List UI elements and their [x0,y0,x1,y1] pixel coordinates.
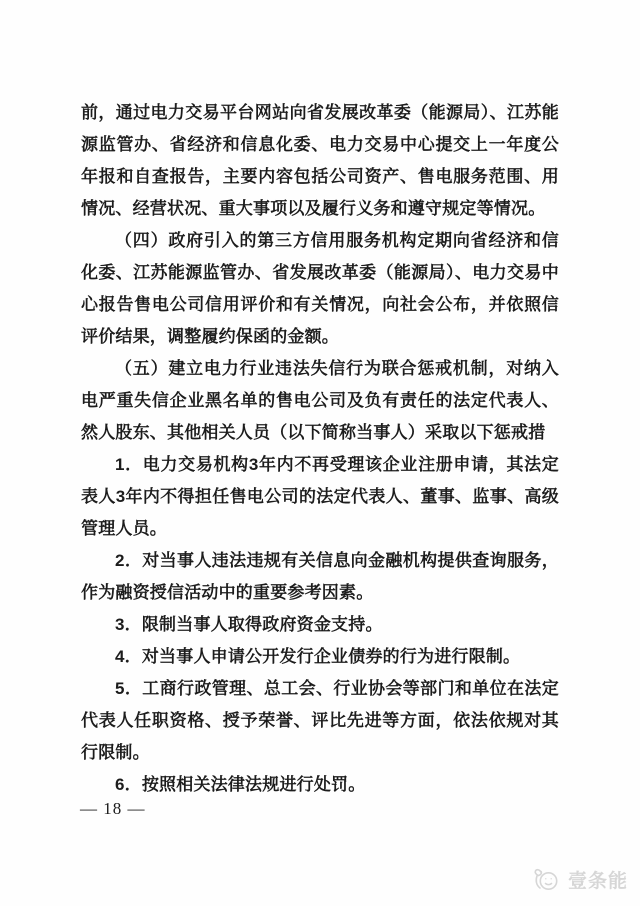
text-line: 情况、经营状况、重大事项以及履行义务和遵守规定等情况。 [81,193,559,225]
text-line: 3．限制当事人取得政府资金支持。 [81,609,559,641]
text-line: 管理人员。 [81,513,559,545]
text-line: 2．对当事人违法违规有关信息向金融机构提供查询服务， [81,545,559,577]
text-line: 作为融资授信活动中的重要参考因素。 [81,577,559,609]
text-line: 年报和自查报告，主要内容包括公司资产、售电服务范围、用户 [81,161,559,193]
text-line: 心报告售电公司信用评价和有关情况，向社会公布，并依照信用 [81,289,559,321]
text-line: 电严重失信企业黑名单的售电公司及负有责任的法定代表人、自 [81,385,559,417]
text-line: （五）建立电力行业违法失信行为联合惩戒机制，对纳入涉 [81,353,559,385]
text-line: 化委、江苏能源监管办、省发展改革委（能源局）、电力交易中 [81,257,559,289]
watermark: 壹条能 [531,864,628,894]
text-line: 然人股东、其他相关人员（以下简称当事人）采取以下惩戒措施： [81,417,559,449]
document-page: 前，通过电力交易平台网站向省发展改革委（能源局）、江苏能源监管办、省经济和信息化… [0,0,640,906]
text-line: 行限制。 [81,737,559,769]
document-text-body: 前，通过电力交易平台网站向省发展改革委（能源局）、江苏能源监管办、省经济和信息化… [81,97,559,801]
smiley-face-logo-icon [531,864,565,894]
page-number: — 18 — [80,799,146,819]
text-line: 源监管办、省经济和信息化委、电力交易中心提交上一年度公司 [81,129,559,161]
text-line: 前，通过电力交易平台网站向省发展改革委（能源局）、江苏能 [81,97,559,129]
text-line: 评价结果，调整履约保函的金额。 [81,321,559,353]
text-line: 5．工商行政管理、总工会、行业协会等部门和单位在法定 [81,673,559,705]
watermark-label: 壹条能 [568,866,628,893]
text-line: 表人3年内不得担任售电公司的法定代表人、董事、监事、高级 [81,481,559,513]
text-line: 1．电力交易机构3年内不再受理该企业注册申请，其法定代 [81,449,559,481]
text-line: 6．按照相关法律法规进行处罚。 [81,769,559,801]
text-line: 代表人任职资格、授予荣誉、评比先进等方面，依法依规对其进 [81,705,559,737]
text-line: 4．对当事人申请公开发行企业债券的行为进行限制。 [81,641,559,673]
text-line: （四）政府引入的第三方信用服务机构定期向省经济和信息 [81,225,559,257]
